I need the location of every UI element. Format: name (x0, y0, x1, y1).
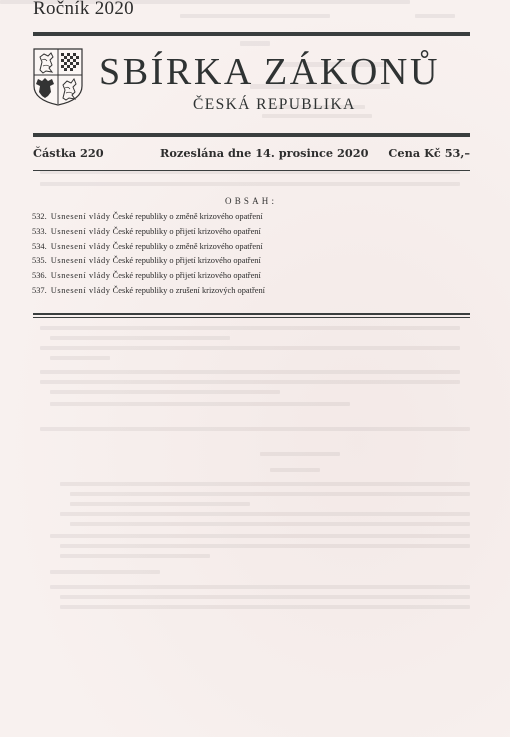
contents-bottom-rule-thin (33, 317, 470, 318)
contents-item: 532. Usnesení vlády České republiky o zm… (32, 212, 452, 227)
issue-bottom-rule (33, 170, 470, 171)
contents-item: 533. Usnesení vlády České republiky o př… (32, 227, 452, 242)
document-page: Ročník 2020 SBÍRKA ZÁKONŮ ČESKÁ REPUBLIK… (0, 0, 510, 737)
contents-item: 534. Usnesení vlády České republiky o zm… (32, 242, 452, 257)
contents-heading: OBSAH: (225, 196, 277, 206)
contents-bottom-rule (33, 313, 470, 315)
publication-title: SBÍRKA ZÁKONŮ (99, 52, 440, 92)
czech-coat-of-arms-icon (33, 48, 83, 106)
contents-item: 536. Usnesení vlády České republiky o př… (32, 271, 452, 286)
issue-price: Cena Kč 53,– (388, 146, 470, 160)
issue-info-bar: Částka 220 Rozeslána dne 14. prosince 20… (33, 144, 470, 164)
publication-subtitle: ČESKÁ REPUBLIKA (193, 96, 356, 114)
contents-item: 535. Usnesení vlády České republiky o př… (32, 256, 452, 271)
volume-label: Ročník 2020 (33, 0, 134, 20)
header-rule (33, 32, 470, 36)
contents-list: 532. Usnesení vlády České republiky o zm… (32, 212, 452, 301)
issue-date: Rozeslána dne 14. prosince 2020 (160, 146, 368, 160)
issue-top-rule (33, 133, 470, 137)
contents-item: 537. Usnesení vlády České republiky o zr… (32, 286, 452, 301)
issue-number: Částka 220 (33, 146, 104, 160)
